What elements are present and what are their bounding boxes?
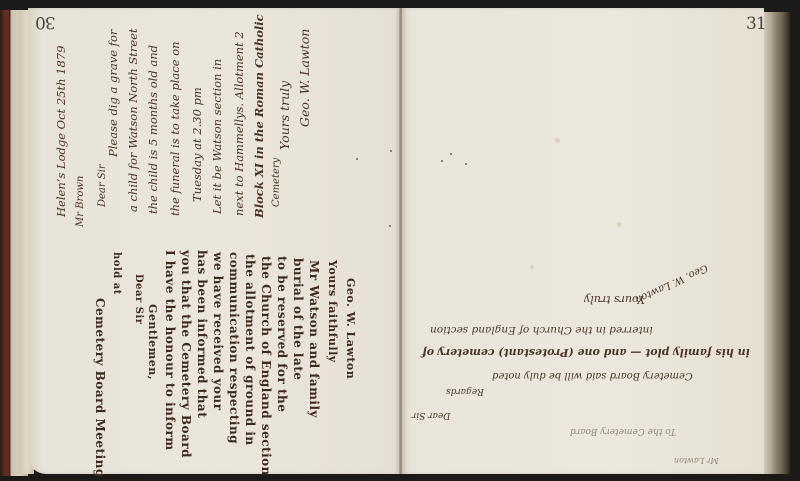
letter-line: has been informed that — [196, 250, 208, 418]
bleed-line: in his family plot — and one (Protestant… — [422, 346, 750, 359]
letter-line: the Church of England section — [260, 256, 272, 476]
letter-line: hold at — [110, 252, 122, 295]
letter-line: Mr Watson and family — [308, 260, 320, 418]
letter-line: Dear Sir — [132, 274, 144, 325]
bleed-line: To the Cemetery Board — [570, 426, 676, 436]
letter-line: I have the honour to inform — [164, 250, 176, 451]
letter-line: Dear Sir — [97, 164, 109, 207]
letter-line: Please dig a grave for — [107, 30, 119, 157]
letter-line: to be reserved for the — [276, 256, 288, 412]
paper-speck — [450, 153, 452, 155]
letter-line: Gentlemen, — [146, 304, 158, 380]
letter-signoff: Yours truly — [279, 81, 291, 150]
letter-line: Mr Brown — [75, 176, 87, 227]
paper-speck — [356, 158, 358, 160]
handwritten-letter-bottom: Cemetery Board Meeting hold at Dear Sir … — [40, 238, 360, 458]
letter-line: the funeral is to take place on — [169, 41, 181, 216]
letter-line: Let it be Watson section in — [211, 59, 223, 214]
letter-line: Cemetery Board Meeting — [94, 298, 106, 478]
paper-stain — [530, 265, 534, 269]
page-edges-right — [764, 12, 790, 474]
paper-speck — [465, 163, 467, 165]
letter-line: Cemetery — [271, 158, 283, 207]
bleed-line: Cemetery Board said will be duly noted — [492, 370, 693, 381]
paper-speck — [390, 150, 392, 152]
show-through-text: Yours truly Geo. W. Lawton interred in t… — [402, 8, 764, 474]
bleed-line: interred in the Church of England sectio… — [430, 324, 653, 336]
letter-line: Tuesday at 2.30 pm — [191, 87, 203, 202]
paper-stain — [617, 222, 622, 227]
letter-line: a child for Watson North Street — [127, 28, 139, 212]
letter-line: Block XI in the Roman Catholic — [253, 14, 265, 218]
bleed-line: Regards — [446, 386, 484, 396]
letter-line: the child is 5 months old and — [147, 45, 159, 214]
bleed-line: Mr Lawton — [674, 456, 719, 465]
letter-line: the allotment of ground in — [244, 254, 256, 446]
letter-line: communication respecting — [228, 252, 240, 444]
letter-line: next to Hammellys. Allotment 2 — [233, 31, 245, 216]
paper-stain — [555, 138, 560, 143]
paper-speck — [389, 225, 391, 227]
letter-signature: Geo. W. Lawton — [344, 278, 356, 379]
letter-line: we have received your — [212, 252, 224, 411]
letter-signoff: Yours faithfully — [326, 260, 338, 363]
letter-line: you that the Cemetery Board — [180, 250, 192, 458]
bleed-line: Geo. W. Lawton — [633, 262, 709, 305]
letter-signature: Geo. W. Lawton — [299, 29, 311, 127]
paper-speck — [441, 160, 443, 162]
handwritten-letter-top: Helen’s Lodge Oct 25th 1879 Mr Brown Dea… — [45, 22, 325, 222]
letter-line: burial of the late — [292, 258, 304, 380]
bleed-line: Dear Sir — [412, 410, 450, 420]
open-letter-book: 30 31 Helen’s Lodge Oct 25th 1879 Mr Bro… — [0, 0, 800, 481]
letter-line: Helen’s Lodge Oct 25th 1879 — [55, 46, 67, 217]
